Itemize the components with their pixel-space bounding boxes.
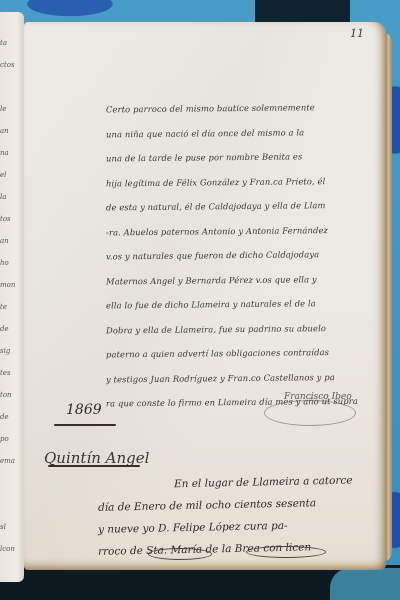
entry-year: 1869 <box>66 402 102 418</box>
left-leaf-fragment: mon <box>0 282 24 288</box>
left-leaf-fragment: ton <box>0 392 24 398</box>
left-leaf-fragment: el <box>0 172 24 178</box>
next-entry-text: En el lugar de Llameira a catorcedía de … <box>84 472 384 560</box>
left-leaf-fragment: lcon <box>0 546 24 552</box>
previous-page-edge: tactosleannaellatosanhomontedesigtestond… <box>0 12 24 582</box>
left-leaf-fragment: tos <box>0 216 24 222</box>
manuscript-line: de esta y natural, él de Caldajodaya y e… <box>106 193 376 220</box>
folio-number: 11 <box>350 27 364 40</box>
left-leaf-fragment <box>0 480 24 486</box>
left-leaf-fragment: de <box>0 326 24 332</box>
left-leaf-fragment: te <box>0 304 24 310</box>
left-leaf-fragment: sl <box>0 524 24 530</box>
manuscript-page: 11 Certo parroco del mismo bautice solem… <box>24 22 386 570</box>
left-leaf-fragment: ema <box>0 458 24 464</box>
left-leaf-fragment: na <box>0 150 24 156</box>
left-leaf-fragment: an <box>0 238 24 244</box>
left-leaf-fragment: le <box>0 106 24 112</box>
left-leaf-fragment: de <box>0 414 24 420</box>
left-leaf-fragment: ho <box>0 260 24 266</box>
left-leaf-fragment <box>0 84 24 90</box>
left-leaf-fragment <box>0 502 24 508</box>
manuscript-line: Maternos Angel y Bernarda Pérez v.os que… <box>106 266 376 293</box>
bottom-flourish-left <box>148 548 212 560</box>
manuscript-line: hija legítima de Félix González y Fran.c… <box>106 168 376 195</box>
left-leaf-fragment: la <box>0 194 24 200</box>
priest-signature: Francisco Ibeo <box>264 388 364 428</box>
left-leaf-fragment: ctos <box>0 62 24 68</box>
signature-flourish <box>264 400 356 426</box>
manuscript-line: una niña que nació el día once del mismo… <box>106 119 376 146</box>
left-leaf-fragment: sig <box>0 348 24 354</box>
manuscript-line: -ra. Abuelos paternos Antonio y Antonia … <box>106 217 376 244</box>
manuscript-line: ella lo fue de dicho Llameira y naturale… <box>106 291 376 318</box>
left-leaf-fragment: ta <box>0 40 24 46</box>
left-leaf-fragment: tes <box>0 370 24 376</box>
left-leaf-fragment: an <box>0 128 24 134</box>
dark-cloth-top <box>255 0 350 24</box>
baptism-entry-text: Certo parroco del mismo bautice solemnem… <box>106 96 376 415</box>
fabric-corner <box>330 568 400 600</box>
bottom-flourish-right <box>246 546 326 558</box>
manuscript-line: Dobra y ella de Llameira, fue su padrino… <box>106 315 376 342</box>
left-leaf-fragment: po <box>0 436 24 442</box>
manuscript-line: una de la tarde le puse por nombre Benit… <box>106 144 376 171</box>
name-underline <box>48 465 140 467</box>
manuscript-line: paterno a quien advertí las obligaciones… <box>106 340 376 367</box>
year-underline <box>54 424 116 426</box>
manuscript-line: v.os y naturales que fueron de dicho Cal… <box>106 242 376 269</box>
manuscript-line: Certo parroco del mismo bautice solemnem… <box>106 95 376 122</box>
